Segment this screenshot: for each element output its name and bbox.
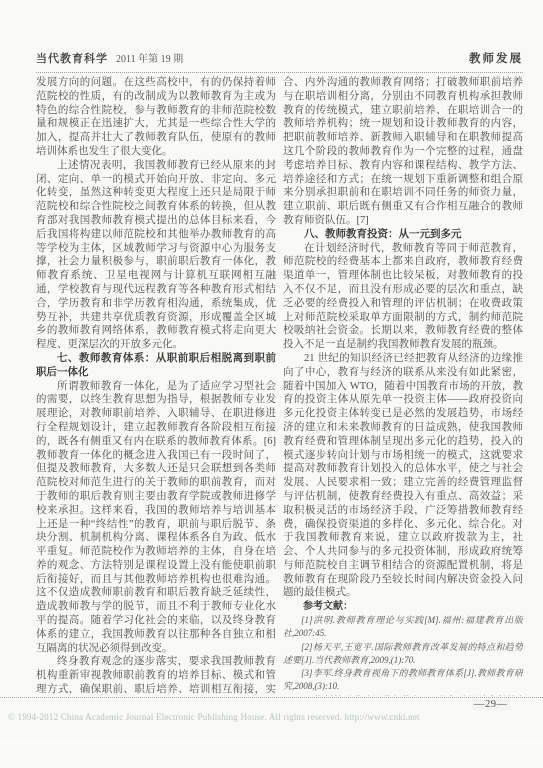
paragraph: 终身教育观念的逐步落实，要求我国教师教育机构重新审视教师职前教育的培养目标、模式… <box>36 655 276 696</box>
scan-bottom-margin <box>0 738 543 768</box>
section-heading-7: 七、教师教育体系：从职前职后相脱离到职前职后一体化 <box>36 352 276 380</box>
journal-page-scan: 当代教育科学 2011 年第 19 期 教师发展 发展方向的问题。在这些高校中，… <box>0 0 543 768</box>
journal-block: 当代教育科学 2011 年第 19 期 <box>36 50 183 66</box>
right-column: 合、内外沟通的教师教育网络；打破教师职前培养与在职培训相分离，分别由不同教育机构… <box>283 76 523 696</box>
page-number: —29— <box>472 699 510 710</box>
reference-item: [3]李军.终身教育视角下的教师教育体系[J].教师教育研究,2008,(3):… <box>283 667 523 693</box>
copyright-watermark: © 1994-2012 China Academic Journal Elect… <box>8 712 536 722</box>
section-heading-8: 八、教师教育投资：从一元到多元 <box>283 228 523 242</box>
paragraph: 上述情况表明，我国教师教育已经从原来的封闭、定向、单一的模式开始向开放、非定向、… <box>36 159 276 352</box>
section-label: 教师发展 <box>469 50 523 66</box>
reference-item: [2]杨天平,王宽平.国际教师教育改革发展的特点和趋势述要[J].当代教师教育,… <box>283 641 523 667</box>
references-heading: 参考文献： <box>283 600 523 614</box>
paragraph: 所谓教师教育一体化，是为了适应学习型社会的需要，以终生教育思想为指导，根据教师专… <box>36 380 276 656</box>
footer-divider <box>0 697 543 698</box>
reference-item: [1]洪明.教师教育理论与实践[M].福州:福建教育出版社,2007:45. <box>283 614 523 640</box>
left-column: 发展方向的问题。在这些高校中，有的仍保持着师范院校的性质，有的改制成为以教师教育… <box>36 76 276 696</box>
journal-title: 当代教育科学 <box>36 50 108 66</box>
paragraph: 合、内外沟通的教师教育网络；打破教师职前培养与在职培训相分离，分别由不同教育机构… <box>283 76 523 228</box>
text-columns: 发展方向的问题。在这些高校中，有的仍保持着师范院校的性质，有的改制成为以教师教育… <box>36 76 523 696</box>
paragraph: 发展方向的问题。在这些高校中，有的仍保持着师范院校的性质，有的改制成为以教师教育… <box>36 76 276 159</box>
page-header: 当代教育科学 2011 年第 19 期 教师发展 <box>36 50 523 73</box>
paragraph: 在计划经济时代，教师教育等同于师范教育，师范院校的经费基本上都来自政府，教师教育… <box>283 242 523 352</box>
paragraph: 21 世纪的知识经济已经把教育从经济的边缘推向了中心，教育与经济的联系从来没有如… <box>283 352 523 600</box>
reference-item: [4]梅新林.聚焦中国教师教育[M].北京:中国社会科学出版社,2008:59. <box>283 694 523 697</box>
issue-label: 2011 年第 19 期 <box>116 50 183 65</box>
